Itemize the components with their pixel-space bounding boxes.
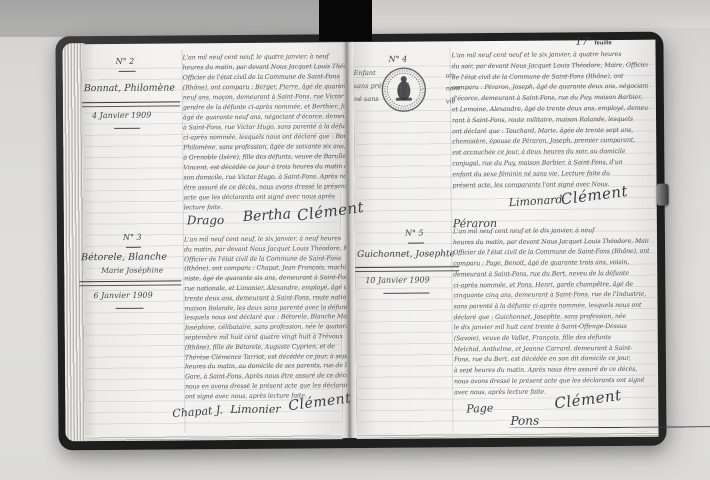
handwritten-line: acte que les déclarants ont signé avec n… [184, 192, 346, 203]
entry-number: N° 5 [405, 229, 424, 238]
entry-number: N° 3 [123, 233, 142, 242]
handwritten-line: nous avons dressé le présent acte que le… [454, 376, 650, 388]
scanned-register-photo: N° 2 Bonnat, Philomène 4 Janvier 1909 L'… [0, 0, 710, 480]
margin-name: Bétorele, Blanche [81, 252, 167, 264]
underline-rule [408, 243, 424, 244]
double-rule [82, 101, 180, 107]
sheet-word: feuille [595, 40, 612, 46]
sheet-number: 17 [575, 37, 588, 48]
top-light-band [372, 0, 710, 28]
handwritten-line: nous en avons dressé le présent acte que… [185, 381, 347, 392]
official-seal-icon [380, 65, 428, 113]
margin-date: 4 Janvier 1909 [92, 111, 151, 120]
registry-book: N° 2 Bonnat, Philomène 4 Janvier 1909 L'… [55, 32, 666, 451]
underline-rule [383, 292, 429, 293]
record-body-text: L'an mil neuf cent neuf et le dix janvie… [453, 226, 650, 399]
margin-name-line2: Marie Joséphine [101, 266, 163, 275]
handwritten-line: conjugal, rue du Puy, maison Barbier, à … [452, 158, 648, 170]
handwritten-line: (Rhône), fille de Bétorele, Auguste Cypr… [185, 342, 347, 353]
margin-date: 10 Janvier 1909 [365, 275, 429, 285]
entry-number: N° 4 [389, 55, 408, 64]
signature: Limonier [230, 403, 280, 416]
signature: Page [466, 402, 494, 416]
underline-rule [114, 128, 140, 129]
sheet-ordinal: e [588, 36, 591, 42]
record-body-text: L'an mil neuf cent neuf et le six janvie… [452, 50, 649, 192]
margin-date: 6 Janvier 1909 [93, 291, 152, 300]
record-body-text: L'an mil neuf cent neuf, le six janvier,… [184, 234, 347, 402]
signature: Chapat J. [172, 403, 223, 420]
signature: Pons [510, 409, 710, 428]
entry-number: N° 2 [116, 57, 135, 66]
underline-rule [126, 247, 141, 248]
margin-name: Bonnat, Philomène [84, 82, 175, 94]
top-gray-band [0, 0, 319, 37]
black-masking-bar [319, 0, 372, 41]
underline-rule [116, 308, 144, 309]
record-body-text: L'an mil neuf cent neuf, le quatre janvi… [183, 52, 346, 213]
margin-name: Guichonnet, Josephte [357, 249, 455, 260]
signature: Limonard [508, 193, 563, 209]
handwriting-layer: N° 2 Bonnat, Philomène 4 Janvier 1909 L'… [55, 32, 666, 451]
handwritten-line: le dix janvier mil huit cent trente à Sa… [454, 322, 650, 334]
double-rule [79, 280, 181, 286]
signature: Bertha [242, 206, 291, 225]
sheet-number-label: 17e feuille [575, 36, 612, 48]
double-rule [355, 266, 459, 272]
underline-rule [119, 71, 136, 72]
